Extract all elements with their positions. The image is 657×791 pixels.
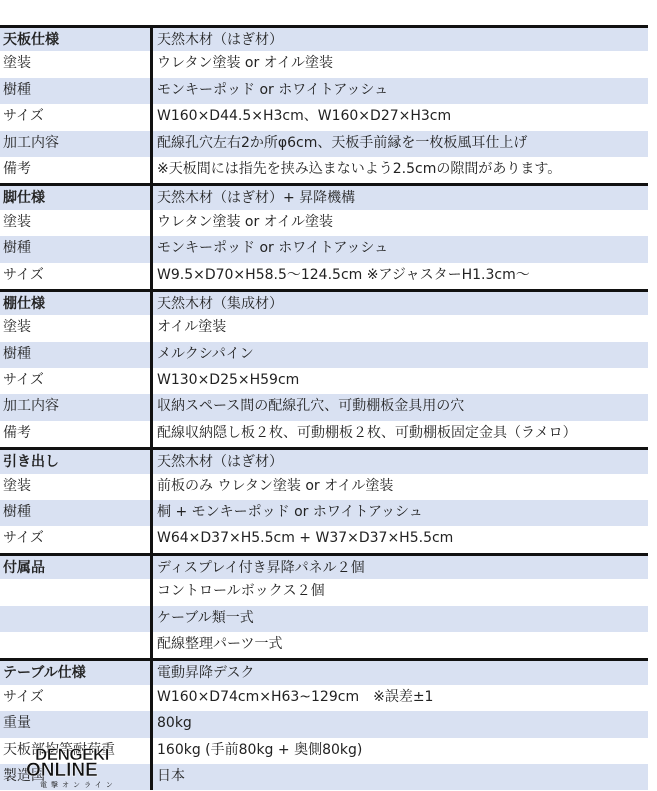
row-label: 樹種 bbox=[0, 342, 150, 368]
row-label: 備考 bbox=[0, 157, 150, 183]
row-value: コントロールボックス２個 bbox=[150, 579, 648, 605]
row-label: 塗装 bbox=[0, 315, 150, 341]
section-title: 引き出し bbox=[0, 450, 150, 473]
table-row: 樹種モンキーポッド or ホワイトアッシュ bbox=[0, 236, 648, 262]
table-row: 樹種桐 + モンキーポッド or ホワイトアッシュ bbox=[0, 500, 648, 526]
row-value: 収納スペース間の配線孔穴、可動棚板金具用の穴 bbox=[150, 394, 648, 420]
row-label: サイズ bbox=[0, 368, 150, 394]
table-row: 塗装前板のみ ウレタン塗装 or オイル塗装 bbox=[0, 474, 648, 500]
table-row: 塗装オイル塗装 bbox=[0, 315, 648, 341]
table-row: サイズW9.5×D70×H58.5〜124.5cm ※アジャスターH1.3cm〜 bbox=[0, 263, 648, 289]
row-label: サイズ bbox=[0, 104, 150, 130]
table-row: ケーブル類一式 bbox=[0, 606, 648, 632]
row-value: 桐 + モンキーポッド or ホワイトアッシュ bbox=[150, 500, 648, 526]
row-label: 樹種 bbox=[0, 500, 150, 526]
spec-table: 天板仕様天然木材（はぎ材）塗装ウレタン塗装 or オイル塗装樹種モンキーポッド … bbox=[0, 25, 648, 790]
section-title: 棚仕様 bbox=[0, 292, 150, 315]
row-label bbox=[0, 632, 150, 658]
table-row: 加工内容配線孔穴左右2か所φ6cm、天板手前縁を一枚板風耳仕上げ bbox=[0, 131, 648, 157]
table-row: サイズW160×D74cm×H63~129cm ※誤差±1 bbox=[0, 685, 648, 711]
table-row: 重量80kg bbox=[0, 711, 648, 737]
table-row: 塗装ウレタン塗装 or オイル塗装 bbox=[0, 51, 648, 77]
table-row: 加工内容収納スペース間の配線孔穴、可動棚板金具用の穴 bbox=[0, 394, 648, 420]
row-value: 80kg bbox=[150, 711, 648, 737]
row-value: 配線孔穴左右2か所φ6cm、天板手前縁を一枚板風耳仕上げ bbox=[150, 131, 648, 157]
row-value: ディスプレイ付き昇降パネル２個 bbox=[150, 556, 648, 579]
table-row: サイズW64×D37×H5.5cm + W37×D37×H5.5cm bbox=[0, 526, 648, 552]
row-value: 日本 bbox=[150, 764, 648, 790]
table-row: 樹種モンキーポッド or ホワイトアッシュ bbox=[0, 78, 648, 104]
row-label: 備考 bbox=[0, 421, 150, 447]
row-value: ケーブル類一式 bbox=[150, 606, 648, 632]
row-label bbox=[0, 579, 150, 605]
table-row: 配線整理パーツ一式 bbox=[0, 632, 648, 658]
row-value: W130×D25×H59cm bbox=[150, 368, 648, 394]
row-label bbox=[0, 606, 150, 632]
table-row: 樹種メルクシパイン bbox=[0, 342, 648, 368]
row-value: 160kg (手前80kg + 奥側80kg) bbox=[150, 738, 648, 764]
section-header-row: 天板仕様天然木材（はぎ材） bbox=[0, 25, 648, 51]
table-row: サイズW160×D44.5×H3cm、W160×D27×H3cm bbox=[0, 104, 648, 130]
table-row: コントロールボックス２個 bbox=[0, 579, 648, 605]
watermark-line2: ONLINE bbox=[26, 760, 98, 782]
section-title: 付属品 bbox=[0, 556, 150, 579]
row-value: W64×D37×H5.5cm + W37×D37×H5.5cm bbox=[150, 526, 648, 552]
row-value: オイル塗装 bbox=[150, 315, 648, 341]
table-row: 備考※天板間には指先を挟み込まないよう2.5cmの隙間があります。 bbox=[0, 157, 648, 183]
row-label: サイズ bbox=[0, 685, 150, 711]
row-value: 天然木材（はぎ材）+ 昇降機構 bbox=[150, 186, 648, 209]
section-title: テーブル仕様 bbox=[0, 661, 150, 684]
row-value: 天然木材（はぎ材） bbox=[150, 450, 648, 473]
table-row: 塗装ウレタン塗装 or オイル塗装 bbox=[0, 210, 648, 236]
row-value: ※天板間には指先を挟み込まないよう2.5cmの隙間があります。 bbox=[150, 157, 648, 183]
section-header-row: 付属品ディスプレイ付き昇降パネル２個 bbox=[0, 553, 648, 579]
row-label: 加工内容 bbox=[0, 394, 150, 420]
row-value: ウレタン塗装 or オイル塗装 bbox=[150, 210, 648, 236]
row-value: W9.5×D70×H58.5〜124.5cm ※アジャスターH1.3cm〜 bbox=[150, 263, 648, 289]
row-label: 樹種 bbox=[0, 78, 150, 104]
row-value: ウレタン塗装 or オイル塗装 bbox=[150, 51, 648, 77]
table-row: サイズW130×D25×H59cm bbox=[0, 368, 648, 394]
row-value: 配線整理パーツ一式 bbox=[150, 632, 648, 658]
row-label: サイズ bbox=[0, 526, 150, 552]
section-header-row: テーブル仕様電動昇降デスク bbox=[0, 658, 648, 684]
row-value: 配線収納隠し板２枚、可動棚板２枚、可動棚板固定金具（ラメロ） bbox=[150, 421, 648, 447]
section-title: 脚仕様 bbox=[0, 186, 150, 209]
table-row: 備考配線収納隠し板２枚、可動棚板２枚、可動棚板固定金具（ラメロ） bbox=[0, 421, 648, 447]
row-label: 塗装 bbox=[0, 474, 150, 500]
row-label: 塗装 bbox=[0, 51, 150, 77]
section-header-row: 脚仕様天然木材（はぎ材）+ 昇降機構 bbox=[0, 183, 648, 209]
row-value: メルクシパイン bbox=[150, 342, 648, 368]
row-label: 加工内容 bbox=[0, 131, 150, 157]
row-value: 天然木材（集成材） bbox=[150, 292, 648, 315]
row-value: 電動昇降デスク bbox=[150, 661, 648, 684]
row-value: モンキーポッド or ホワイトアッシュ bbox=[150, 78, 648, 104]
row-value: W160×D74cm×H63~129cm ※誤差±1 bbox=[150, 685, 648, 711]
row-value: W160×D44.5×H3cm、W160×D27×H3cm bbox=[150, 104, 648, 130]
row-label: 樹種 bbox=[0, 236, 150, 262]
row-value: 前板のみ ウレタン塗装 or オイル塗装 bbox=[150, 474, 648, 500]
row-label: 重量 bbox=[0, 711, 150, 737]
row-value: 天然木材（はぎ材） bbox=[150, 28, 648, 51]
watermark-line3: 電撃オンライン bbox=[40, 780, 117, 790]
section-title: 天板仕様 bbox=[0, 28, 150, 51]
row-label: サイズ bbox=[0, 263, 150, 289]
row-value: モンキーポッド or ホワイトアッシュ bbox=[150, 236, 648, 262]
section-header-row: 引き出し天然木材（はぎ材） bbox=[0, 447, 648, 473]
section-header-row: 棚仕様天然木材（集成材） bbox=[0, 289, 648, 315]
dengeki-online-watermark: DENGEKI ONLINE 電撃オンライン bbox=[0, 745, 160, 791]
row-label: 塗装 bbox=[0, 210, 150, 236]
